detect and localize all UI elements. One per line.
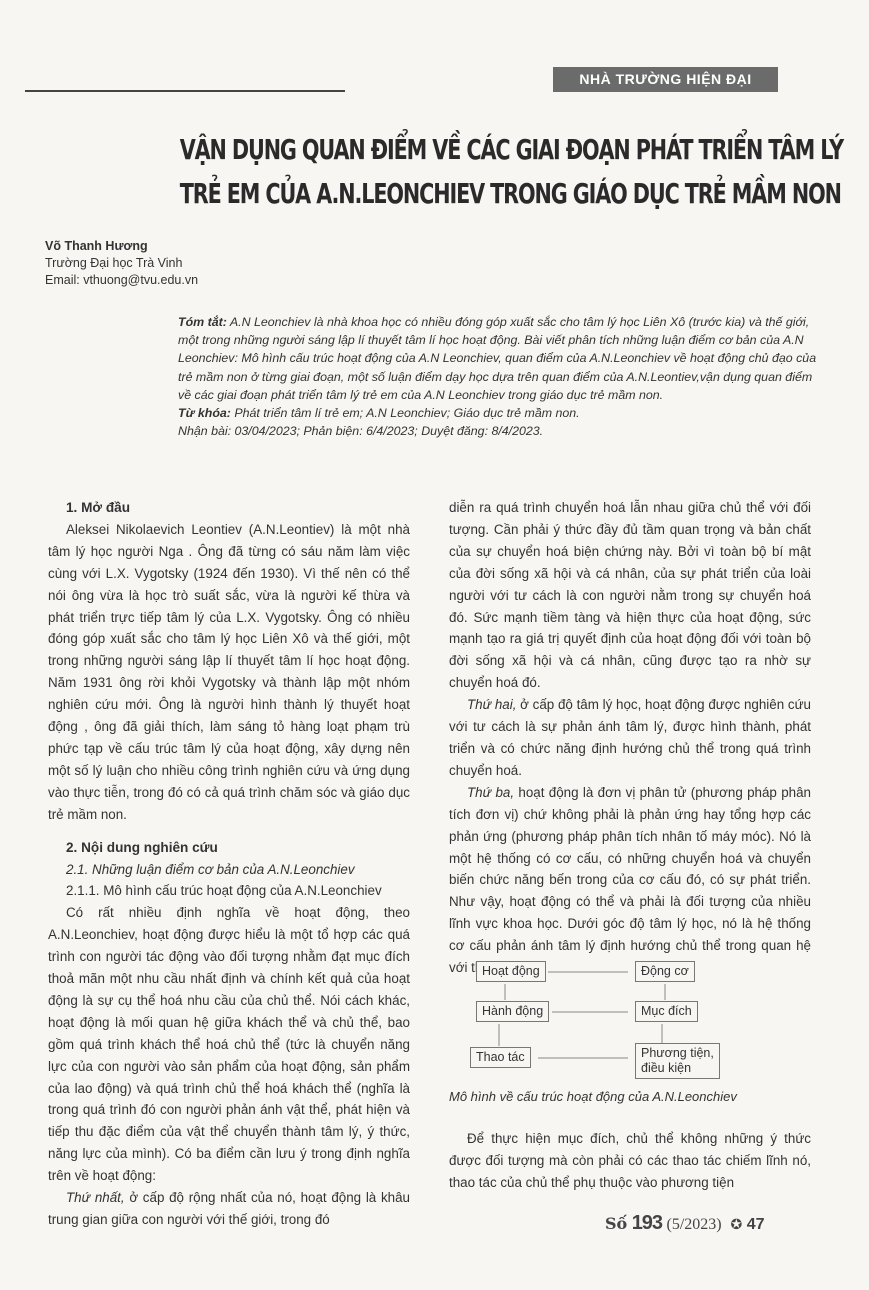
phuong-tien-line-1: Phương tiện, xyxy=(641,1046,714,1061)
title-line-2: TRẺ EM CỦA A.N.LEONCHIEV TRONG GIÁO DỤC … xyxy=(180,172,691,216)
second-point-lead: Thứ hai, xyxy=(467,697,516,712)
heading-intro: 1. Mở đầu xyxy=(48,497,410,519)
paragraph-purpose: Để thực hiện mục đích, chủ thể không nhữ… xyxy=(449,1128,811,1194)
article-title: VẬN DỤNG QUAN ĐIỂM VỀ CÁC GIAI ĐOẠN PHÁT… xyxy=(180,128,691,216)
abstract-text: A.N Leonchiev là nhà khoa học có nhiều đ… xyxy=(178,315,816,402)
paragraph-intro: Aleksei Nikolaevich Leontiev (A.N.Leonti… xyxy=(48,519,410,826)
page-footer: Số 193 (5/2023) ✪ 47 xyxy=(605,1212,765,1235)
abstract-block: Tóm tắt: A.N Leonchiev là nhà khoa học c… xyxy=(178,313,828,440)
star-icon: ✪ xyxy=(731,1216,743,1232)
first-point-lead: Thứ nhất, xyxy=(66,1190,125,1205)
heading-content: 2. Nội dung nghiên cứu xyxy=(48,837,410,859)
diagram-box-phuong-tien: Phương tiện, điều kiện xyxy=(635,1043,720,1079)
issue-label: Số xyxy=(605,1214,627,1233)
article-dates: Nhận bài: 03/04/2023; Phản biện: 6/4/202… xyxy=(178,422,828,440)
right-column-bottom: Để thực hiện mục đích, chủ thể không nhữ… xyxy=(449,1128,811,1194)
phuong-tien-line-2: điều kiện xyxy=(641,1061,714,1076)
paragraph-definition: Có rất nhiều định nghĩa về hoạt động, th… xyxy=(48,902,410,1187)
third-point-text: hoạt động là đơn vị phân tử (phương pháp… xyxy=(449,785,811,975)
header-rule xyxy=(25,90,345,92)
left-column: 1. Mở đầu Aleksei Nikolaevich Leontiev (… xyxy=(48,497,410,1231)
section-tag: NHÀ TRƯỜNG HIỆN ĐẠI xyxy=(553,67,778,92)
keywords-label: Từ khóa: xyxy=(178,406,231,420)
diagram-caption: Mô hình về cấu trúc hoạt động của A.N.Le… xyxy=(449,1089,737,1104)
author-affiliation: Trường Đại học Trà Vinh xyxy=(45,255,198,272)
author-block: Võ Thanh Hương Trường Đại học Trà Vinh E… xyxy=(45,238,198,289)
heading-2-1-1: 2.1.1. Mô hình cấu trúc hoạt động của A.… xyxy=(48,880,410,902)
issue-date: (5/2023) xyxy=(667,1216,722,1233)
heading-2-1: 2.1. Những luận điểm cơ bản của A.N.Leon… xyxy=(48,859,410,881)
activity-structure-diagram: Hoạt động Động cơ Hành động Mục đích Tha… xyxy=(470,958,750,1078)
right-column: diễn ra quá trình chuyển hoá lẫn nhau gi… xyxy=(449,497,811,979)
diagram-box-thao-tac: Thao tác xyxy=(470,1047,531,1068)
author-email[interactable]: Email: vthuong@tvu.edu.vn xyxy=(45,272,198,289)
page-number: 47 xyxy=(747,1216,765,1233)
paragraph-continuation: diễn ra quá trình chuyển hoá lẫn nhau gi… xyxy=(449,497,811,694)
diagram-box-dong-co: Động cơ xyxy=(635,961,695,982)
paragraph-second-point: Thứ hai, ở cấp độ tâm lý học, hoạt động … xyxy=(449,694,811,782)
diagram-box-muc-dich: Mục đích xyxy=(635,1001,698,1022)
paragraph-first-point: Thứ nhất, ở cấp độ rộng nhất của nó, hoạ… xyxy=(48,1187,410,1231)
abstract: Tóm tắt: A.N Leonchiev là nhà khoa học c… xyxy=(178,313,828,404)
diagram-box-hanh-dong: Hành động xyxy=(476,1001,549,1022)
third-point-lead: Thứ ba, xyxy=(467,785,514,800)
author-name: Võ Thanh Hương xyxy=(45,238,198,255)
diagram-box-hoat-dong: Hoạt động xyxy=(476,961,546,982)
issue-number: 193 xyxy=(632,1212,662,1234)
keywords-text: Phát triển tâm lí trẻ em; A.N Leonchiev;… xyxy=(231,406,580,420)
abstract-label: Tóm tắt: xyxy=(178,315,227,329)
keywords: Từ khóa: Phát triển tâm lí trẻ em; A.N L… xyxy=(178,404,828,422)
title-line-1: VẬN DỤNG QUAN ĐIỂM VỀ CÁC GIAI ĐOẠN PHÁT… xyxy=(180,128,691,172)
paragraph-third-point: Thứ ba, hoạt động là đơn vị phân tử (phư… xyxy=(449,782,811,979)
